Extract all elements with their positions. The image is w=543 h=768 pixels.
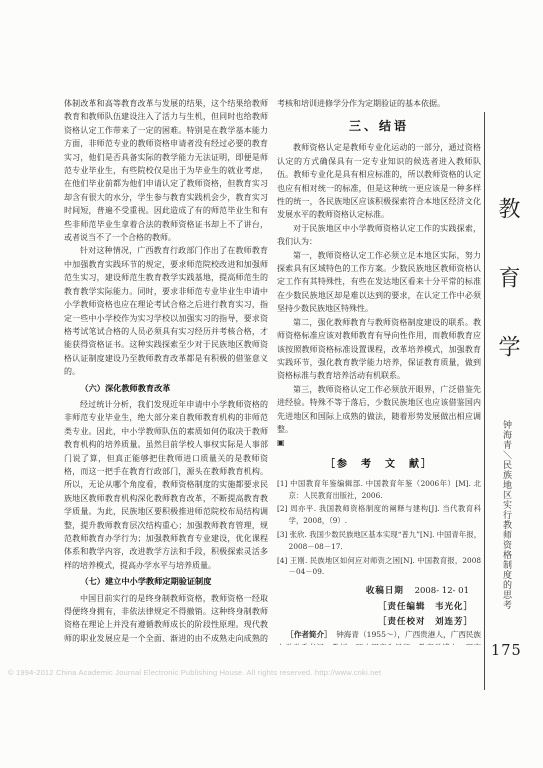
page-number: 175 (491, 643, 522, 659)
reference-item: [4] 王刚. 民族地区如何应对师资之困[N]. 中国教育报，2008－04－0… (277, 555, 481, 579)
paragraph-continuation: 体制改革和高等教育改革与发展的结果，这个结果给教师教育和教师队伍建设注入了活力与… (64, 97, 268, 244)
subsection-heading-6: （六）深化教师教育改革 (64, 382, 268, 395)
paragraph: 第一，教师资格认定工作必须立足本地区实际，努力探索具有区域特色的工作方案。少数民… (277, 249, 481, 316)
right-column: 考核和培训进修学分作为定期验证的基本依据。 三、结语 教师资格认定是教师专业化运… (277, 97, 481, 645)
paragraph: 第二，强化教师教育与教师资格制度建设的联系。教师资格标准应该对教师教育有导向性作… (277, 316, 481, 383)
paragraph: 对于民族地区中小学教师资格认定工作的实践探索，我们认为： (277, 222, 481, 249)
received-date-label: 收稿日期 (366, 586, 404, 596)
reference-item: [1] 中国教育年鉴编辑部. 中国教育年鉴（2006年）[M]. 北京：人民教育… (277, 478, 481, 502)
responsible-proofreader-line: ［责任校对 刘连芳］ (277, 616, 473, 629)
author-bio: ［作者简介］ 钟海青（1955～），广西贵港人，广西民族大学党委书记、教授、硕士… (277, 629, 481, 645)
reference-item: [2] 周亦平. 我国教师资格制度的阐释与建构[J]. 当代教育科学，2008，… (277, 503, 481, 527)
left-column: 体制改革和高等教育改革与发展的结果，这个结果给教师教育和教师队伍建设注入了活力与… (64, 97, 268, 645)
references-heading: ［参 考 文 献］ (277, 458, 481, 471)
article-end-icon: ▣ (277, 437, 481, 449)
sidebar-running-title: 钟海青＼民族地区实行教师资格制度的思考 (500, 420, 513, 610)
section-heading-conclusion: 三、结语 (277, 119, 481, 133)
paragraph: 经过统计分析，我们发现近年申请中小学教师资格的非师范专业毕业生，绝大部分来自教师… (64, 398, 268, 572)
received-date-value: 2008- 12- 01 (415, 586, 469, 596)
responsible-editor-line: ［责任编辑 韦光化］ (277, 601, 473, 614)
sidebar-divider (484, 112, 485, 690)
reference-item: [3] 张欣. 我国少数民族地区基本实现“普九”[N]. 中国青年报，2008－… (277, 529, 481, 553)
received-date-line: 收稿日期 2008- 12- 01 (277, 585, 469, 598)
paragraph: 中国目前实行的是终身制教师资格，教师资格一经取得便终身拥有，非依法律规定不得撤销… (64, 592, 268, 645)
sidebar-subject-label: 教育学 (492, 197, 523, 404)
references-list: [1] 中国教育年鉴编辑部. 中国教育年鉴（2006年）[M]. 北京：人民教育… (277, 478, 481, 578)
author-bio-label: ［作者简介］ (286, 630, 332, 639)
copyright-watermark: © 1994-2012 China Academic Journal Elect… (8, 668, 381, 677)
journal-page: 体制改革和高等教育改革与发展的结果，这个结果给教师教育和教师队伍建设注入了活力与… (0, 0, 543, 768)
paragraph-continuation: 考核和培训进修学分作为定期验证的基本依据。 (277, 97, 481, 110)
paragraph: 针对这种情况，广西教育行政部门作出了在教师教育中加强教育实践环节的规定，要求师范… (64, 244, 268, 378)
paragraph: 教师资格认定是教师专业化运动的一部分，通过资格认定的方式确保具有一定专业知识的候… (277, 141, 481, 221)
paragraph: 第三，教师资格认定工作必须放开眼界，广泛借鉴先进经验。特殊不等于落后，少数民族地… (277, 383, 481, 437)
subsection-heading-7: （七）建立中小学教师定期验证制度 (64, 575, 268, 588)
